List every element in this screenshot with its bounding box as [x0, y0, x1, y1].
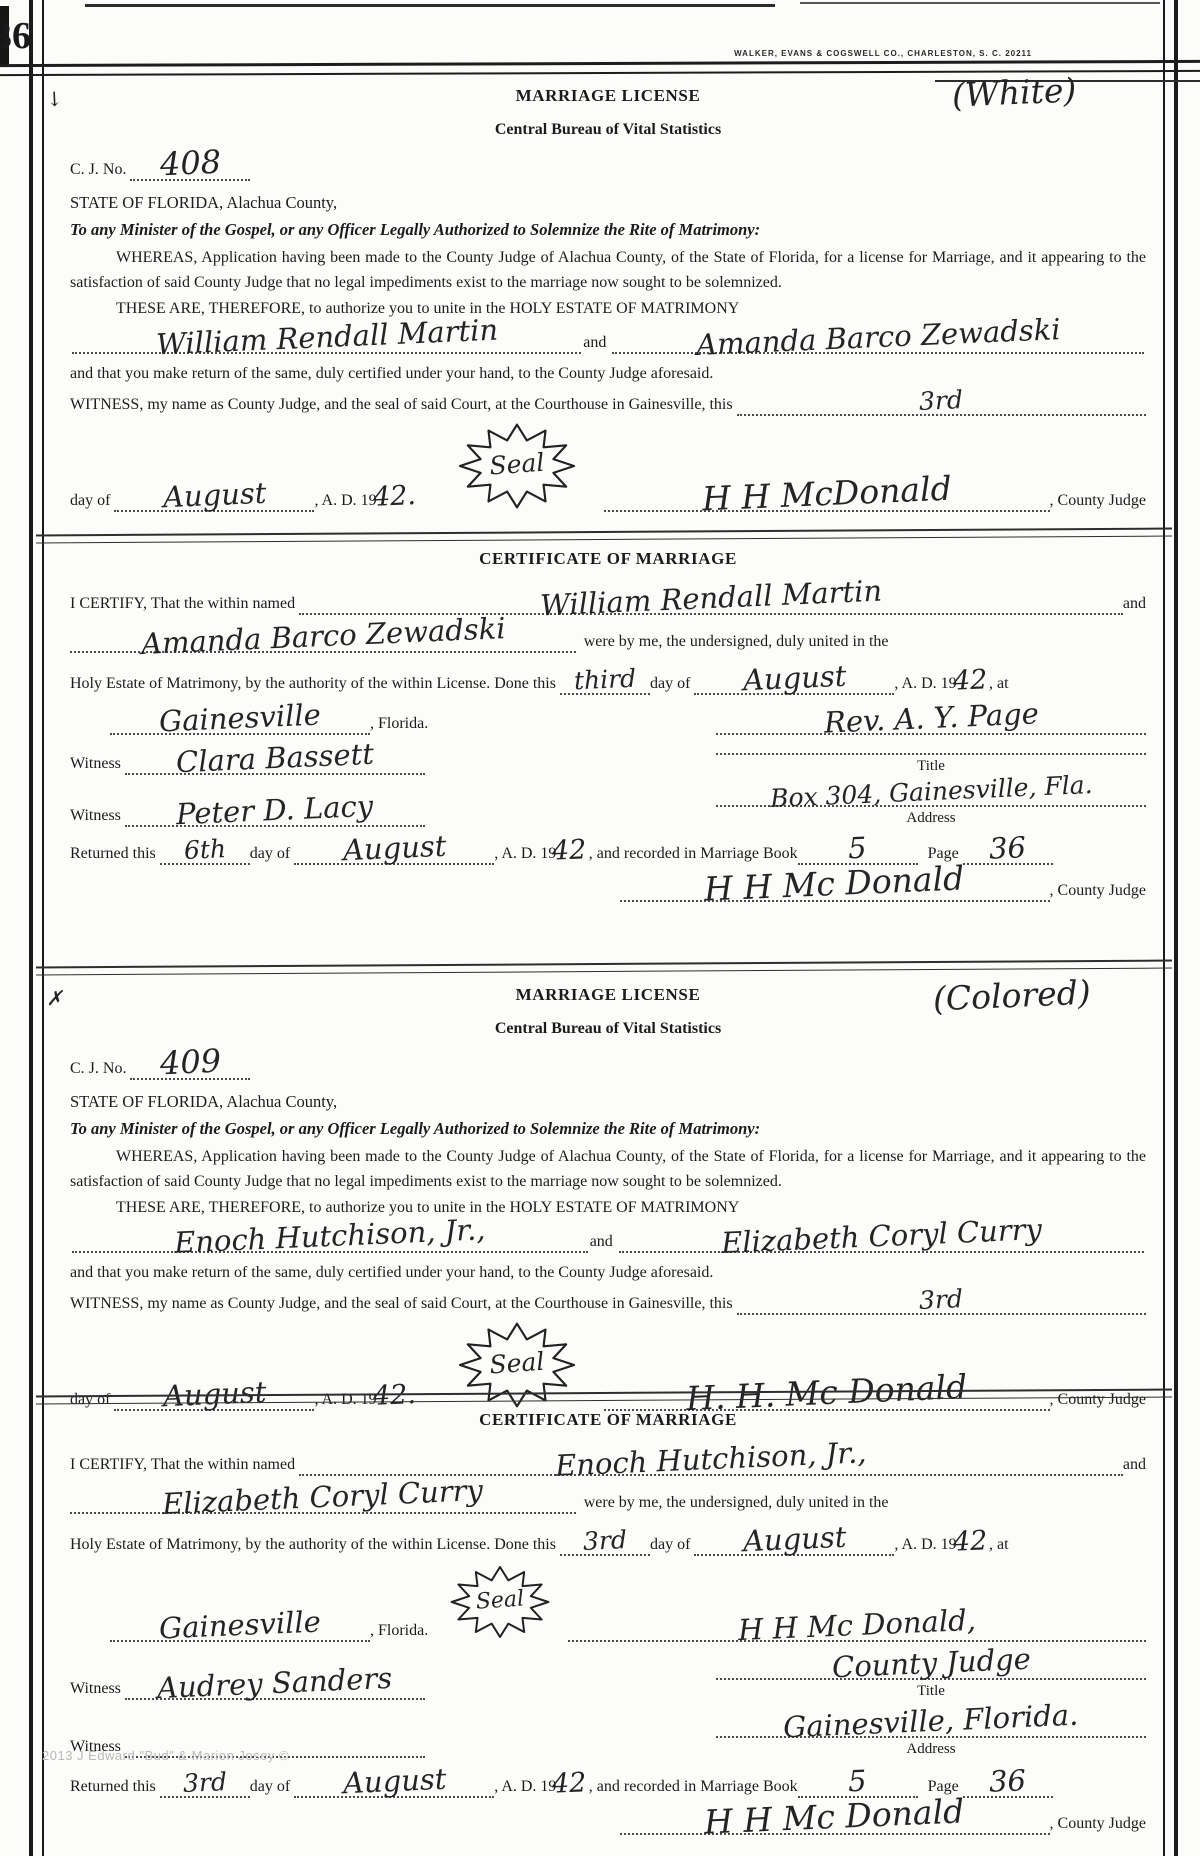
united-clause: were by me, the undersigned, duly united…: [576, 633, 893, 653]
ad-label: , A. D. 19: [894, 1536, 956, 1556]
month-value: August: [742, 1524, 846, 1555]
whereas-paragraph: WHEREAS, Application having been made to…: [70, 246, 1146, 296]
groom-field: William Rendall Martin: [72, 324, 581, 354]
groom-name: William Rendall Martin: [540, 578, 883, 619]
returned-month-field: August: [294, 1768, 494, 1798]
scanned-document-page: 36 WALKER, EVANS & COGSWELL CO., CHARLES…: [0, 0, 1200, 1856]
done-day-field: 3rd: [560, 1530, 650, 1556]
day-of-label: day of: [650, 1536, 694, 1556]
margin-mark: ↓: [46, 90, 64, 109]
done-day: 3rd: [583, 1529, 628, 1553]
day-of-label: day of: [70, 492, 114, 512]
florida-label: , Florida.: [370, 715, 432, 735]
archive-watermark: 2013 J Edward "Bud" & Marion Josey ©: [42, 1748, 289, 1763]
done-day: third: [573, 668, 636, 693]
year-value: 42: [952, 1529, 987, 1555]
cj-number: 409: [159, 1047, 221, 1078]
left-border-rule: [29, 0, 44, 1856]
returned-day-field: 3rd: [160, 1772, 250, 1798]
marriage-license-2: (Colored) ✗ MARRIAGE LICENSE Central Bur…: [70, 985, 1146, 1411]
certificate-of-marriage-1: CERTIFICATE OF MARRIAGE I CERTIFY, That …: [70, 549, 1146, 902]
bureau-subtitle: Central Bureau of Vital Statistics: [70, 1020, 1146, 1038]
printer-mark: WALKER, EVANS & COGSWELL CO., CHARLESTON…: [734, 49, 1032, 58]
judge-signature: H H Mc Donald: [704, 1796, 965, 1837]
bride-field: Amanda Barco Zewadski: [612, 324, 1144, 354]
and-label: and: [1123, 1456, 1146, 1476]
top-rule-fragment: [800, 2, 1160, 4]
address-stack: Gainesville, Florida. Address: [716, 1708, 1146, 1758]
ad-label: , A. D. 19: [894, 675, 956, 695]
returned-day: 6th: [183, 838, 226, 862]
title-label: Title: [917, 758, 945, 775]
certificate-of-marriage-2: CERTIFICATE OF MARRIAGE I CERTIFY, That …: [70, 1410, 1146, 1835]
county-judge-label: , County Judge: [1050, 1815, 1146, 1835]
salutation-line: To any Minister of the Gospel, or any Of…: [70, 1119, 1146, 1139]
month-value: August: [162, 479, 266, 510]
witness-clause: WITNESS, my name as County Judge, and th…: [70, 396, 737, 416]
race-annotation: (Colored): [933, 978, 1092, 1015]
address-handwritten: Gainesville, Florida.: [783, 1702, 1079, 1741]
month-field: August: [114, 482, 314, 512]
groom-field: William Rendall Martin: [299, 585, 1123, 615]
day-field: 3rd: [737, 1289, 1146, 1315]
recorded-clause: , and recorded in Marriage Book: [589, 1778, 798, 1798]
race-annotation: (White): [951, 75, 1076, 110]
groom-field: Enoch Hutchison, Jr.,: [72, 1223, 588, 1253]
at-label: , at: [989, 1536, 1009, 1556]
state-line: STATE OF FLORIDA, Alachua County,: [70, 193, 1146, 213]
holy-estate-lead: Holy Estate of Matrimony, by the authori…: [70, 1536, 560, 1556]
certificate-title: CERTIFICATE OF MARRIAGE: [70, 549, 1146, 569]
ad-label: , A. D. 19: [494, 845, 556, 865]
bride-name: Elizabeth Coryl Curry: [721, 1216, 1043, 1256]
returned-lead: Returned this: [70, 845, 160, 865]
day-ordinal: 3rd: [919, 389, 964, 413]
city-value: Gainesville: [159, 1608, 322, 1641]
page-field: 36: [963, 1768, 1053, 1798]
top-rule-fragment: [85, 4, 775, 7]
witness1-name: Audrey Sanders: [157, 1665, 393, 1701]
return-line: and that you make return of the same, du…: [70, 365, 1146, 383]
year-value: 42.: [372, 484, 416, 510]
day-of-label: day of: [250, 845, 294, 865]
seal-icon: Seal: [458, 420, 576, 512]
return-line: and that you make return of the same, du…: [70, 1264, 1146, 1282]
month-field: August: [694, 665, 894, 695]
recorded-clause: , and recorded in Marriage Book: [589, 845, 798, 865]
witness-clause: WITNESS, my name as County Judge, and th…: [70, 1295, 737, 1315]
at-label: , at: [989, 675, 1009, 695]
day-ordinal: 3rd: [919, 1288, 964, 1312]
certify-lead: I CERTIFY, That the within named: [70, 595, 299, 615]
day-of-label: day of: [650, 675, 694, 695]
and-label: and: [590, 1233, 617, 1253]
salutation-line: To any Minister of the Gospel, or any Of…: [70, 220, 1146, 240]
united-clause: were by me, the undersigned, duly united…: [576, 1494, 893, 1514]
florida-label: , Florida.: [370, 1622, 432, 1642]
cj-no-field: 409: [130, 1048, 250, 1080]
marriage-license-1: (White) ↓ MARRIAGE LICENSE Central Burea…: [70, 86, 1146, 512]
title-stack: County Judge Title: [716, 1650, 1146, 1700]
officiant-title-field: [716, 747, 1146, 755]
witness2-field: Peter D. Lacy: [125, 797, 425, 827]
address-field: Gainesville, Florida.: [716, 1708, 1146, 1738]
returned-month: August: [342, 833, 446, 864]
book-value: 5: [848, 835, 868, 862]
certify-lead: I CERTIFY, That the within named: [70, 1456, 299, 1476]
page-corner-number: 36: [0, 14, 31, 58]
day-of-label: day of: [250, 1778, 294, 1798]
judge-signature: H H Mc Donald,: [738, 1607, 977, 1643]
witness2-name: Peter D. Lacy: [176, 793, 374, 828]
cj-no-label: C. J. No.: [70, 161, 130, 181]
returned-month-field: August: [294, 835, 494, 865]
bride-field: Elizabeth Coryl Curry: [619, 1223, 1144, 1253]
cj-number: 408: [159, 148, 221, 179]
section-divider: [36, 528, 1172, 544]
witness-label: Witness: [70, 755, 125, 775]
returned-day: 3rd: [182, 1771, 227, 1795]
margin-mark: ✗: [46, 989, 64, 1008]
officiant-signature: Rev. A. Y. Page: [823, 700, 1039, 735]
judge-signature-field: H H Mc Donald,: [568, 1612, 1146, 1642]
judge-signature-field: H H Mc Donald: [620, 1802, 1050, 1835]
and-label: and: [583, 334, 610, 354]
judge-signature: H H Mc Donald: [704, 863, 965, 904]
title-label: Title: [917, 1683, 945, 1700]
officiant-field: Rev. A. Y. Page: [716, 705, 1146, 735]
seal-icon: Seal: [450, 1562, 550, 1642]
section-divider: [36, 960, 1172, 976]
bride-name: Amanda Barco Zewadski: [695, 316, 1060, 358]
state-line: STATE OF FLORIDA, Alachua County,: [70, 1092, 1146, 1112]
groom-name: Enoch Hutchison, Jr.,: [174, 1216, 486, 1256]
ad-label: , A. D. 19: [494, 1778, 556, 1798]
judge-signature-field: H H McDonald: [604, 479, 1050, 512]
cj-no-label: C. J. No.: [70, 1060, 130, 1080]
holy-estate-lead: Holy Estate of Matrimony, by the authori…: [70, 675, 560, 695]
certificate-title: CERTIFICATE OF MARRIAGE: [70, 1410, 1146, 1430]
bride-name: Elizabeth Coryl Curry: [162, 1477, 484, 1517]
judge-signature: H H McDonald: [701, 473, 952, 514]
page-field: 36: [963, 835, 1053, 865]
witness-label: Witness: [70, 807, 125, 827]
month-value: August: [742, 663, 846, 694]
judge-title-field: County Judge: [716, 1650, 1146, 1680]
cj-no-field: 408: [130, 149, 250, 181]
day-field: 3rd: [737, 390, 1146, 416]
page-value: 36: [989, 1767, 1027, 1795]
groom-name: Enoch Hutchison, Jr.,: [555, 1439, 867, 1479]
county-judge-label: , County Judge: [1050, 882, 1146, 902]
done-day-field: third: [560, 669, 650, 695]
groom-name: William Rendall Martin: [155, 316, 498, 357]
returned-month: August: [342, 1766, 446, 1797]
city-field: Gainesville: [110, 1612, 370, 1642]
bride-name: Amanda Barco Zewadski: [140, 615, 505, 657]
witness-label: Witness: [70, 1680, 125, 1700]
city-field: Gainesville: [110, 705, 370, 735]
year-value: 42: [952, 668, 987, 694]
city-value: Gainesville: [159, 701, 322, 734]
bride-field: Amanda Barco Zewadski: [70, 623, 576, 653]
ad-label: , A. D. 19: [314, 492, 376, 512]
right-border-rule: [1163, 0, 1178, 1856]
and-label: and: [1123, 595, 1146, 615]
book-value: 5: [848, 1768, 868, 1795]
returned-lead: Returned this: [70, 1778, 160, 1798]
officiant-address: Box 304, Gainesville, Fla.: [769, 774, 1092, 811]
bride-field: Elizabeth Coryl Curry: [70, 1484, 576, 1514]
judge-signature-field: H H Mc Donald: [620, 869, 1050, 902]
witness1-field: Clara Bassett: [125, 745, 425, 775]
county-judge-label: , County Judge: [1050, 492, 1146, 512]
officiant-address-field: Box 304, Gainesville, Fla.: [716, 781, 1146, 807]
bureau-subtitle: Central Bureau of Vital Statistics: [70, 121, 1146, 139]
address-label: Address: [906, 1741, 955, 1758]
whereas-paragraph: WHEREAS, Application having been made to…: [70, 1145, 1146, 1195]
address-stack: Box 304, Gainesville, Fla. Address: [716, 781, 1146, 827]
judge-title-handwritten: County Judge: [831, 1646, 1031, 1681]
witness1-field: Audrey Sanders: [125, 1670, 425, 1700]
month-field: August: [694, 1526, 894, 1556]
witness1-name: Clara Bassett: [175, 741, 374, 776]
returned-year: 42: [552, 1771, 587, 1797]
returned-year: 42: [552, 838, 587, 864]
returned-day-field: 6th: [160, 839, 250, 865]
address-label: Address: [906, 810, 955, 827]
page-value: 36: [989, 834, 1027, 862]
groom-field: Enoch Hutchison, Jr.,: [299, 1446, 1123, 1476]
